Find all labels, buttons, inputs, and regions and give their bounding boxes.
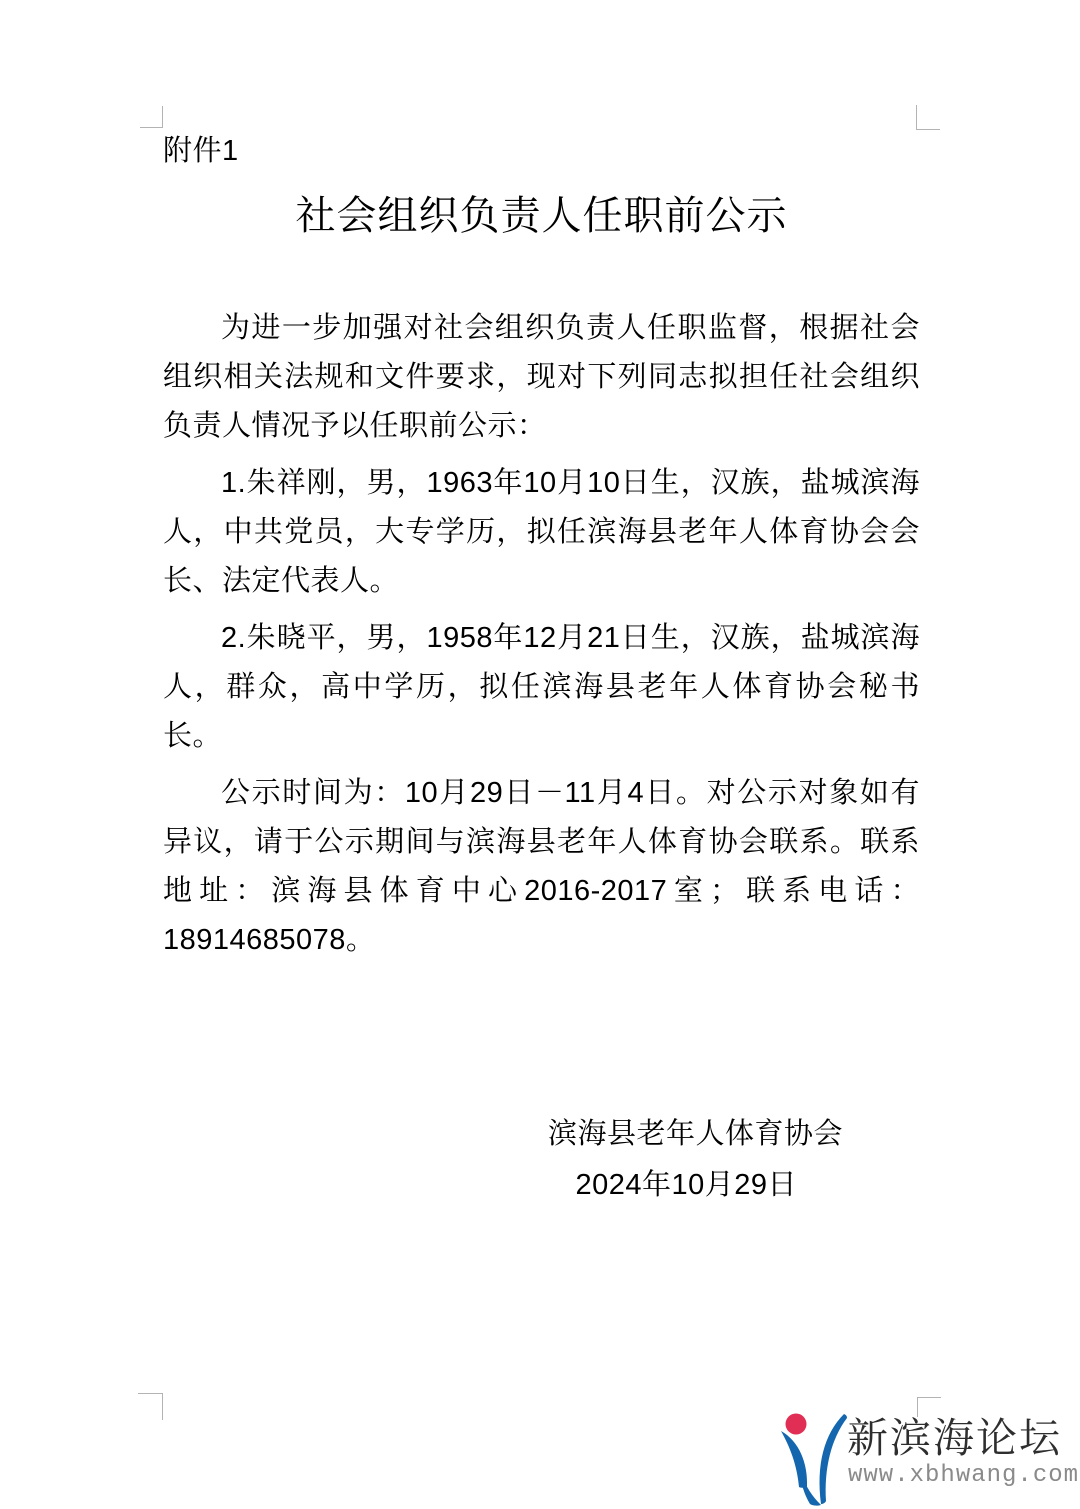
signature-block: 滨海县老年人体育协会 2024年10月29日 xyxy=(163,1109,920,1211)
paragraph-contact: 公示时间为：10月29日－11月4日。对公示对象如有异议，请于公示期间与滨海县老… xyxy=(163,769,920,965)
paragraph-person-1: 1.朱祥刚，男，1963年10月10日生，汉族，盐城滨海人，中共党员，大专学历，… xyxy=(163,459,920,606)
document-body: 附件1 社会组织负责人任职前公示 为进一步加强对社会组织负责人任职监督，根据社会… xyxy=(163,127,920,1211)
attachment-label: 附件1 xyxy=(163,127,920,176)
paragraph-person-2: 2.朱晓平，男，1958年12月21日生，汉族，盐城滨海人，群众，高中学历，拟任… xyxy=(163,614,920,761)
document-page: 附件1 社会组织负责人任职前公示 为进一步加强对社会组织负责人任职监督，根据社会… xyxy=(0,0,1080,1509)
forum-watermark: 新滨海论坛 www.xbhwang.com xyxy=(775,1403,1080,1509)
page-margin-mark-bottom-left xyxy=(138,1393,163,1420)
paragraph-intro: 为进一步加强对社会组织负责人任职监督，根据社会组织相关法规和文件要求，现对下列同… xyxy=(163,304,920,451)
forum-url: www.xbhwang.com xyxy=(848,1463,1079,1489)
forum-name: 新滨海论坛 xyxy=(847,1415,1062,1461)
signature-date: 2024年10月29日 xyxy=(163,1160,920,1211)
signature-organization: 滨海县老年人体育协会 xyxy=(163,1109,920,1160)
document-title: 社会组织负责人任职前公示 xyxy=(163,188,920,244)
page-margin-mark-top-left xyxy=(140,106,163,128)
